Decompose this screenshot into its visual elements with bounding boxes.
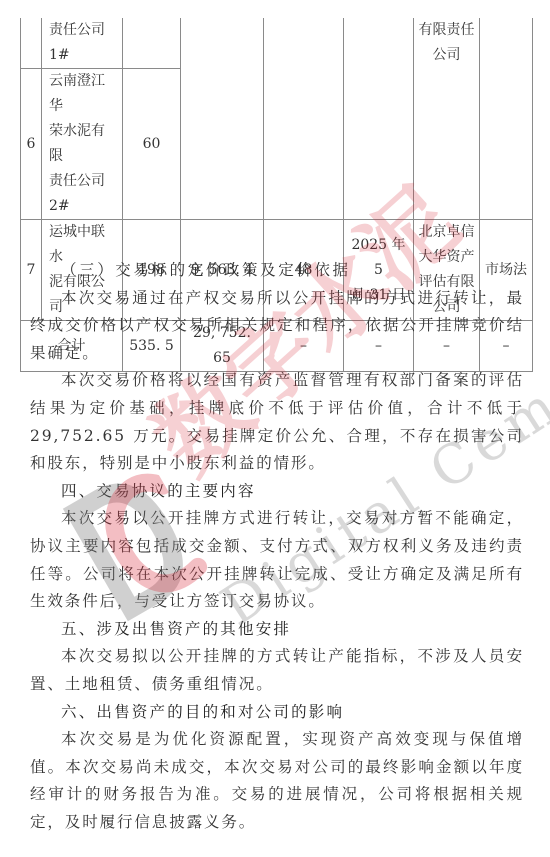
capacity-cell (123, 18, 181, 69)
unit-price-cell (264, 18, 344, 220)
row-index: 6 (21, 69, 42, 220)
base-date-cell (344, 18, 414, 220)
paragraph: 本次交易拟以公开挂牌的方式转让产能指标，不涉及人员安置、土地租赁、债务重组情况。 (30, 643, 524, 698)
row-index (21, 18, 42, 69)
document-body: （三）交易标的定价政策及定价依据 本次交易通过在产权交易所以公开挂牌的方式进行转… (30, 257, 524, 836)
paragraph: 本次交易是为优化资源配置，实现资产高效变现与保值增值。本次交易尚未成交，本次交易… (30, 726, 524, 836)
section-heading-purpose-impact: 六、出售资产的目的和对公司的影响 (30, 699, 524, 727)
paragraph: 本次交易通过在产权交易所以公开挂牌的方式进行转让，最终成交价格以产权交易所相关规… (30, 285, 524, 368)
method-cell (480, 18, 533, 220)
section-heading-other-arrangements: 五、涉及出售资产的其他安排 (30, 616, 524, 644)
section-heading-agreement: 四、交易协议的主要内容 (30, 478, 524, 506)
appraiser-cell: 有限责任 公司 (414, 18, 480, 220)
table-row: 责任公司 1# 有限责任 公司 (21, 18, 533, 69)
paragraph: 本次交易以公开挂牌方式进行转让，交易对方暂不能确定，协议主要内容包括成交金额、支… (30, 505, 524, 615)
company-name: 责任公司 1# (42, 18, 123, 69)
company-name: 云南澄江华 荣水泥有限 责任公司 2# (42, 69, 123, 220)
section-heading-pricing-policy: （三）交易标的定价政策及定价依据 (30, 257, 524, 285)
value-cell (181, 18, 264, 220)
paragraph: 本次交易价格将以经国有资产监督管理有权部门备案的评估结果为定价基础，挂牌底价不低… (30, 367, 524, 477)
capacity-cell: 60 (123, 69, 181, 220)
